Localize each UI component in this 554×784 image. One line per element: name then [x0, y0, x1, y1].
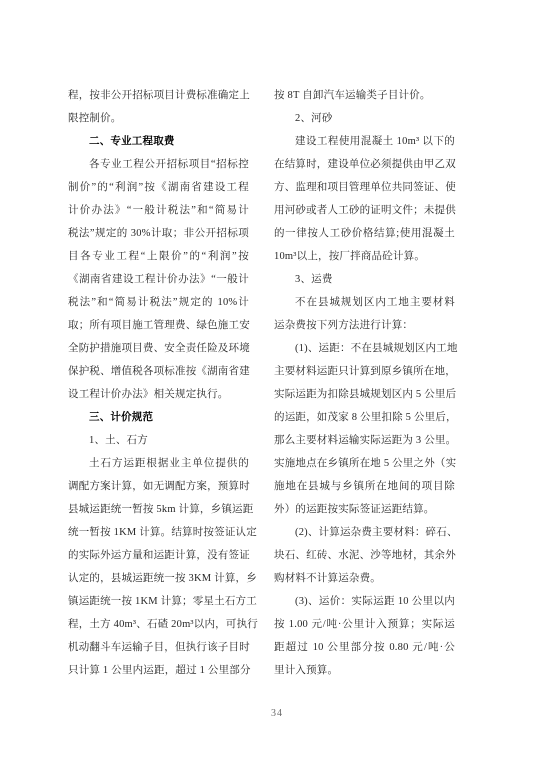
text-line: 距超过 10 公里部分按 0.80 元/吨·公 — [274, 636, 455, 659]
text-line: 的实际外运方量和运距计算，没有签证 — [68, 544, 249, 567]
text-line: 实施地点在乡镇所在地 5 公里之外（实 — [274, 452, 455, 475]
text-line: (1)、运距：不在县城规划区内工地 — [274, 337, 455, 360]
text-line: 里计入预算。 — [274, 659, 455, 682]
text-line: 目各专业工程“上限价”的“利润”按 — [68, 245, 249, 268]
text-line: 按 8T 自卸汽车运输类子目计价。 — [274, 84, 455, 107]
text-line: 认定的，县城运距统一按 3KM 计算，乡 — [68, 567, 249, 590]
document-page: 程，按非公开招标项目计费标准确定上限控制价。二、专业工程取费各专业工程公开招标项… — [0, 0, 554, 784]
text-line: 制价”的“利润”按《湖南省建设工程 — [68, 176, 249, 199]
text-line: 程，土方 40m³、石碴 20m³以内，可执行 — [68, 613, 249, 636]
text-line: 各专业工程公开招标项目“招标控 — [68, 153, 249, 176]
text-line: 实际运距为扣除县城规划区内 5 公里后 — [274, 383, 455, 406]
text-line: 全防护措施项目费、安全责任险及环境 — [68, 337, 249, 360]
text-line: 的一律按人工砂价格结算;使用混凝土 — [274, 222, 455, 245]
column-left: 程，按非公开招标项目计费标准确定上限控制价。二、专业工程取费各专业工程公开招标项… — [68, 84, 249, 682]
text-line: 10m³以上，按厂拌商品砼计算。 — [274, 245, 455, 268]
text-line: 设工程计价办法》相关规定执行。 — [68, 383, 249, 406]
text-line: (2)、计算运杂费主要材料：碎石、 — [274, 521, 455, 544]
text-line: 镇运距统一按 1KM 计算；零星土石方工 — [68, 590, 249, 613]
page-number: 34 — [0, 708, 554, 719]
text-line: 按 1.00 元/吨·公里计入预算；实际运 — [274, 613, 455, 636]
text-line: 只计算 1 公里内运距，超过 1 公里部分 — [68, 659, 249, 682]
text-line: 机动翻斗车运输子目，但执行该子目时 — [68, 636, 249, 659]
text-line: 统一暂按 1KM 计算。结算时按签证认定 — [68, 521, 249, 544]
text-line: 3、运费 — [274, 268, 455, 291]
text-line: 用河砂或者人工砂的证明文件；未提供 — [274, 199, 455, 222]
text-line: 不在县城规划区内工地主要材料 — [274, 291, 455, 314]
text-line: 方、监理和项目管理单位共同签证、使 — [274, 176, 455, 199]
text-line: 主要材料运距只计算到原乡镇所在地， — [274, 360, 455, 383]
text-line: 限控制价。 — [68, 107, 249, 130]
text-line: 1、土、石方 — [68, 429, 249, 452]
text-line: 县城运距统一暂按 5km 计算，乡镇运距 — [68, 498, 249, 521]
text-line: 建设工程使用混凝土 10m³ 以下的 — [274, 130, 455, 153]
text-columns: 程，按非公开招标项目计费标准确定上限控制价。二、专业工程取费各专业工程公开招标项… — [68, 84, 455, 682]
text-line: 调配方案计算，如无调配方案，预算时 — [68, 475, 249, 498]
text-line: 土石方运距根据业主单位提供的 — [68, 452, 249, 475]
text-line: 的运距，如茂家 8 公里扣除 5 公里后， — [274, 406, 455, 429]
text-line: 保护税、增值税各项标准按《湖南省建 — [68, 360, 249, 383]
text-line: 块石、红砖、水泥、沙等地材，其余外 — [274, 544, 455, 567]
text-line: 三、计价规范 — [68, 406, 249, 429]
text-line: 外）的运距按实际签证运距结算。 — [274, 498, 455, 521]
text-line: 施地在县城与乡镇所在地间的项目除 — [274, 475, 455, 498]
text-line: 二、专业工程取费 — [68, 130, 249, 153]
text-line: (3)、运价：实际运距 10 公里以内 — [274, 590, 455, 613]
text-line: 在结算时，建设单位必须提供由甲乙双 — [274, 153, 455, 176]
text-line: 运杂费按下列方法进行计算： — [274, 314, 455, 337]
text-line: 计价办法》“一般计税法”和“简易计 — [68, 199, 249, 222]
column-right: 按 8T 自卸汽车运输类子目计价。2、河砂建设工程使用混凝土 10m³ 以下的在… — [274, 84, 455, 682]
text-line: 取；所有项目施工管理费、绿色施工安 — [68, 314, 249, 337]
text-line: 程，按非公开招标项目计费标准确定上 — [68, 84, 249, 107]
text-line: 税法”和“简易计税法”规定的 10%计 — [68, 291, 249, 314]
text-line: 《湖南省建设工程计价办法》“一般计 — [68, 268, 249, 291]
text-line: 那么主要材料运输实际运距为 3 公里。 — [274, 429, 455, 452]
text-line: 税法”规定的 30%计取；非公开招标项 — [68, 222, 249, 245]
text-line: 2、河砂 — [274, 107, 455, 130]
text-line: 购材料不计算运杂费。 — [274, 567, 455, 590]
